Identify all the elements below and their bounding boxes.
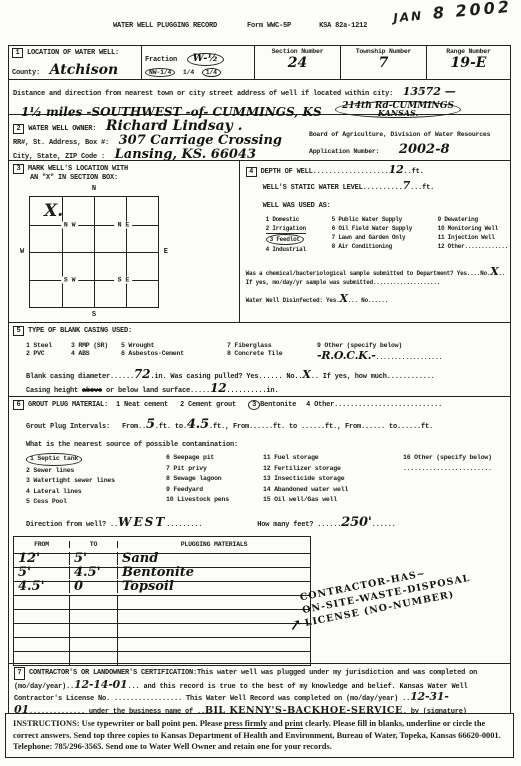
section3-number: 3 [13,164,24,174]
row8-material [117,652,310,665]
contam-col4: 16 Other (specify below) ...............… [403,453,506,508]
row5-material [117,610,310,623]
instructions-mid1: and [267,719,285,728]
section-number-cell: Section Number 24 [254,46,340,79]
row3-to: 0 [69,580,117,593]
contractor-license-note: ↗ CONTRACTOR-HAS~ ON-SITE-WASTE-DISPOSAL… [299,559,474,630]
contam-livestock: 10 Livestock pens [166,495,263,506]
use-other: 12 Other............. [438,242,508,251]
row7-from [14,638,69,651]
contam-fuel-storage: 11 Fuel storage [263,453,403,464]
sample-no-x: X [490,265,498,278]
interval-from-field: 5 [146,417,155,432]
compass-south-label: S [92,311,96,319]
row4-material [117,596,310,609]
col-materials-header: PLUGGING MATERIALS [117,541,310,548]
range-label: Range Number [430,48,507,55]
use-dewatering: 9 Dewatering [438,215,508,224]
casing-abs: 4 ABS [71,350,121,361]
grid-hline-1 [30,225,158,226]
township-cell: Township Number 7 [340,46,426,79]
plugging-table-header: FROM TO PLUGGING MATERIALS [14,537,310,553]
row1-from: 12' [14,552,69,565]
static-level-field: 7 [403,179,410,192]
section6-number: 6 [13,400,24,410]
well-x-mark: X. [44,201,63,221]
contam-col1: 1 Septic tank 2 Sewer lines 3 Watertight… [26,453,166,508]
form-number: Form WWC-5P [247,22,291,30]
row1-material: Sand [117,552,310,565]
contam-feedyard: 9 Feedyard [166,485,263,496]
compass-east-label: E [164,248,168,256]
use-irrigation: 2 Irrigation [266,224,306,234]
contamination-list: 1 Septic tank 2 Sewer lines 3 Watertight… [26,453,506,508]
row6-from [14,624,69,637]
arrow-northeast-icon: ↗ [288,618,304,633]
contam-other: 16 Other (specify below) [403,453,506,464]
table-row [14,637,310,651]
section4-depth-use: 4DEPTH OF WELL...................12..ft.… [240,161,510,322]
pulled-question: .in. Was casing pulled? Yes...... No.. [150,373,302,381]
city-field: Lansing, KS. 66043 [115,147,256,162]
direction-field: WEST [118,515,166,529]
feet-dots: ...... [372,521,396,529]
contam-lateral: 4 Lateral lines [26,487,166,498]
row7-material [117,638,310,651]
section3-title-line1: MARK WELL'S LOCATION WITH [28,165,128,173]
contam-abandoned-well: 14 Abandoned water well [263,485,403,496]
table-row [14,623,310,637]
section2-owner: 2WATER WELL OWNER: Richard Lindsay . RR#… [9,115,510,161]
table-row [14,595,310,609]
section3-title-line2: AN "X" IN SECTION BOX: [30,174,235,182]
county-label: County: [12,69,40,77]
row2-from: 5' [14,566,69,579]
distance-label: Distance and direction from nearest town… [13,90,393,98]
row2-material: Bentonite [117,566,310,579]
section-number-label: Section Number [258,48,337,55]
use-codes-col1: 1 Domestic 2 Irrigation 3 Feedlot 4 Indu… [266,215,332,254]
row3-from: 4.5' [14,580,69,593]
grout-other: 4 Other........................... [306,401,442,409]
casing-title: TYPE OF BLANK CASING USED: [28,327,132,335]
casing-other-dots: .................. [376,354,443,361]
direction-dots: ......... [166,521,202,529]
contam-sewage-lagoon: 8 Sewage lagoon [166,474,263,485]
compass-west-label: W [20,248,24,256]
scanned-form-page: JAN8 2002 WATER WELL PLUGGING RECORD For… [0,0,521,766]
disinfected-tail: ... No...... [348,297,388,304]
interval-from-label: From.. [122,423,146,431]
contam-cess-pool: 5 Cess Pool [26,497,166,508]
pulled-no-x: X [302,368,310,381]
form-statute: KSA 82a-1212 [319,22,367,30]
height-units: ..........in. [226,387,278,395]
range-field: 19-E [430,56,507,70]
grout-bentonite: 3Bentonite [248,401,296,409]
row2-to: 4.5' [69,566,117,579]
quadrant-nw-label: N W [61,221,79,228]
row5-from [14,610,69,623]
instructions-press-firmly: press firmly [224,719,267,729]
use-feedlot: 3 Feedlot [266,234,304,245]
height-mid: or below land surface..... [102,387,210,395]
plugged-date-field: 12-14-01 [74,678,127,691]
fraction-label: Fraction [145,56,177,64]
plugging-table: FROM TO PLUGGING MATERIALS 12'5'Sand 5'4… [13,536,311,666]
contam-insecticide: 13 Insecticide storage [263,474,403,485]
section3-location-diagram: 3MARK WELL'S LOCATION WITH AN "X" IN SEC… [9,161,240,322]
contam-col2: 6 Seepage pit 7 Pit privy 8 Sewage lagoo… [166,453,263,508]
use-monitoring: 10 Monitoring Well [438,224,508,233]
use-codes-col2: 5 Public Water Supply 6 Oil Field Water … [332,215,438,254]
interval-to-field: 4.5 [187,417,209,432]
contam-fertilizer: 12 Fertilizer storage [263,464,403,475]
row6-material [117,624,310,637]
section7-number: 7 [14,667,25,680]
form-body: 1LOCATION OF WATER WELL: County: Atchiso… [8,45,511,736]
row6-to [69,624,117,637]
fraction-nw-quarter: NW-1/4 [145,68,175,77]
col-from-header: FROM [14,541,69,548]
direction-label: Direction from well? .. [26,521,118,529]
depth-label: DEPTH OF WELL................... [261,168,389,176]
grout-bentonite-number: 3 [248,400,260,410]
row8-to [69,652,117,665]
table-row [14,651,310,665]
height-above-struck: above [82,387,102,395]
height-label: Casing height [26,387,82,395]
table-row [14,609,310,623]
static-level-label: WELL'S STATIC WATER LEVEL.......... [263,184,403,192]
township-label: Township Number [344,48,423,55]
casing-other-label: 9 Other (specify below) [317,342,506,349]
disinfected-label: Water Well Disinfected: Yes. [246,297,340,304]
row4-to [69,596,117,609]
agency-label: Board of Agriculture, Division of Water … [309,131,490,138]
use-oil-field: 6 Oil Field Water Supply [332,224,438,233]
quadrant-se-label: S E [115,276,133,283]
grout-cement-grout: 2 Cement grout [180,401,236,409]
section5-number: 5 [13,326,24,336]
quadrant-sw-label: S W [61,276,79,283]
pulled-tail: .. If yes, how much............ [311,373,435,381]
row3-material: Topsoil [117,580,310,593]
distance-direction-row: Distance and direction from nearest town… [9,80,510,115]
contam-oil-gas-well: 15 Oil well/Gas well [263,495,403,506]
stamp-day-year: 8 2002 [432,0,513,23]
contam-pit-privy: 7 Pit privy [166,464,263,475]
table-row: 4.5'0Topsoil [14,581,310,595]
row7-to [69,638,117,651]
contam-watertight: 3 Watertight sewer lines [26,476,166,487]
casing-steel: 1 Steel [26,342,71,349]
well-use-codes: 1 Domestic 2 Irrigation 3 Feedlot 4 Indu… [266,215,508,254]
casing-pvc: 2 PVC [26,350,71,361]
use-public-water: 5 Public Water Supply [332,215,438,224]
quadrant-ne-label: N E [115,221,133,228]
county-field: Atchison [50,62,119,78]
interval-tail: .ft., From......ft. to ......ft., From..… [209,423,433,431]
interval-to-label: .ft. to. [155,423,187,431]
date-received-stamp: JAN8 2002 [392,0,512,26]
distance-number-field: 13572 — [403,85,456,98]
form-header: WATER WELL PLUGGING RECORD Form WWC-5P K… [113,22,367,30]
section-number-field: 24 [258,56,337,70]
sample-question: Was a chemical/bacteriological sample su… [246,270,491,277]
use-lawn-garden: 7 Lawn and Garden Only [332,233,438,242]
sample-date-line: If yes, mo/day/yr sample was submitted..… [246,279,508,286]
fraction-field: W-½ [187,53,224,66]
stamp-month: JAN [393,9,424,26]
location-cell: 1LOCATION OF WATER WELL: County: Atchiso… [9,46,141,79]
grout-neat-cement: 1 Neat cement [116,401,168,409]
section1-number: 1 [12,48,23,58]
fraction-cell: Fraction W-½ NW-1/4 1/4 1/4 [141,46,254,79]
feet-field: 250' [341,515,371,530]
static-level-units: ...ft. [410,184,434,192]
disinfected-yes-x: X [339,292,347,305]
depth-units: ..ft. [404,168,424,176]
section4-number: 4 [246,167,257,177]
use-air-conditioning: 8 Air Conditioning [332,242,438,251]
use-codes-col3: 9 Dewatering 10 Monitoring Well 11 Injec… [438,215,508,254]
instructions-box: INSTRUCTIONS: Use typewriter or ball poi… [5,713,514,758]
contamination-question: What is the nearest source of possible c… [26,441,506,449]
range-cell: Range Number 19-E [426,46,510,79]
section6-grout: 6GROUT PLUG MATERIAL:1 Neat cement2 Ceme… [9,397,510,663]
casing-wrought: 5 Wrought [121,342,227,349]
contam-sewer-lines: 2 Sewer lines [26,466,166,477]
compass-north-label: N [92,185,96,193]
fraction-quarter-3: 1/4 [202,68,221,77]
casing-fiberglass: 7 Fiberglass [227,342,317,349]
casing-concrete: 8 Concrete Tile [227,350,317,361]
grout-bentonite-label: Bentonite [260,401,296,409]
height-field: 12 [210,381,226,395]
row1-to: 5' [69,552,117,565]
casing-rmp: 3 RMP (SR) [71,342,121,349]
use-domestic: 1 Domestic [266,215,332,224]
sample-question-tail: .. [499,270,506,277]
use-injection: 11 Injection Well [438,233,508,242]
section3-4-row: 3MARK WELL'S LOCATION WITH AN "X" IN SEC… [9,161,510,323]
grout-title: GROUT PLUG MATERIAL: [28,401,108,409]
application-block: Board of Agriculture, Division of Water … [309,131,490,158]
depth-field: 12 [389,163,404,176]
intervals-label: Grout Plug Intervals: [26,423,110,431]
contam-seepage-pit: 6 Seepage pit [166,453,263,464]
casing-other-value: -R.O.C.K.- [317,349,376,362]
diameter-field: 72 [134,367,150,381]
fraction-quarter-2: 1/4 [183,69,194,76]
section1-title: LOCATION OF WATER WELL: [27,49,119,57]
used-as-label: WELL WAS USED AS: [263,202,508,210]
section1-location-row: 1LOCATION OF WATER WELL: County: Atchiso… [9,46,510,80]
contam-other-dots: ........................ [403,464,506,475]
contam-col3: 11 Fuel storage 12 Fertilizer storage 13… [263,453,403,508]
form-title: WATER WELL PLUGGING RECORD [113,22,217,30]
city-label: City, State, ZIP Code : [13,153,105,161]
feet-label: How many feet? ...... [257,521,341,529]
grid-hline-2 [30,252,158,253]
contam-septic-tank: 1 Septic tank [26,453,82,466]
application-number-field: 2002-8 [399,142,450,157]
row5-to [69,610,117,623]
casing-other-field: -R.O.C.K.-.................. [317,350,506,361]
instructions-lead: INSTRUCTIONS: Use typewriter or ball poi… [13,719,224,728]
use-industrial: 4 Industrial [266,245,332,254]
section5-casing: 5TYPE OF BLANK CASING USED: 1 Steel 3 RM… [9,323,510,397]
diameter-label: Blank casing diameter...... [26,373,134,381]
township-field: 7 [344,56,423,70]
instructions-print: print [285,719,303,729]
col-to-header: TO [69,541,117,548]
grid-hline-3 [30,280,158,281]
row8-from [14,652,69,665]
casing-asbestos: 6 Asbestos-Cement [121,350,227,361]
section-box-grid: N S W E N W N E S W S E X. [29,196,159,308]
application-number-label: Application Number: [309,148,379,155]
row4-from [14,596,69,609]
